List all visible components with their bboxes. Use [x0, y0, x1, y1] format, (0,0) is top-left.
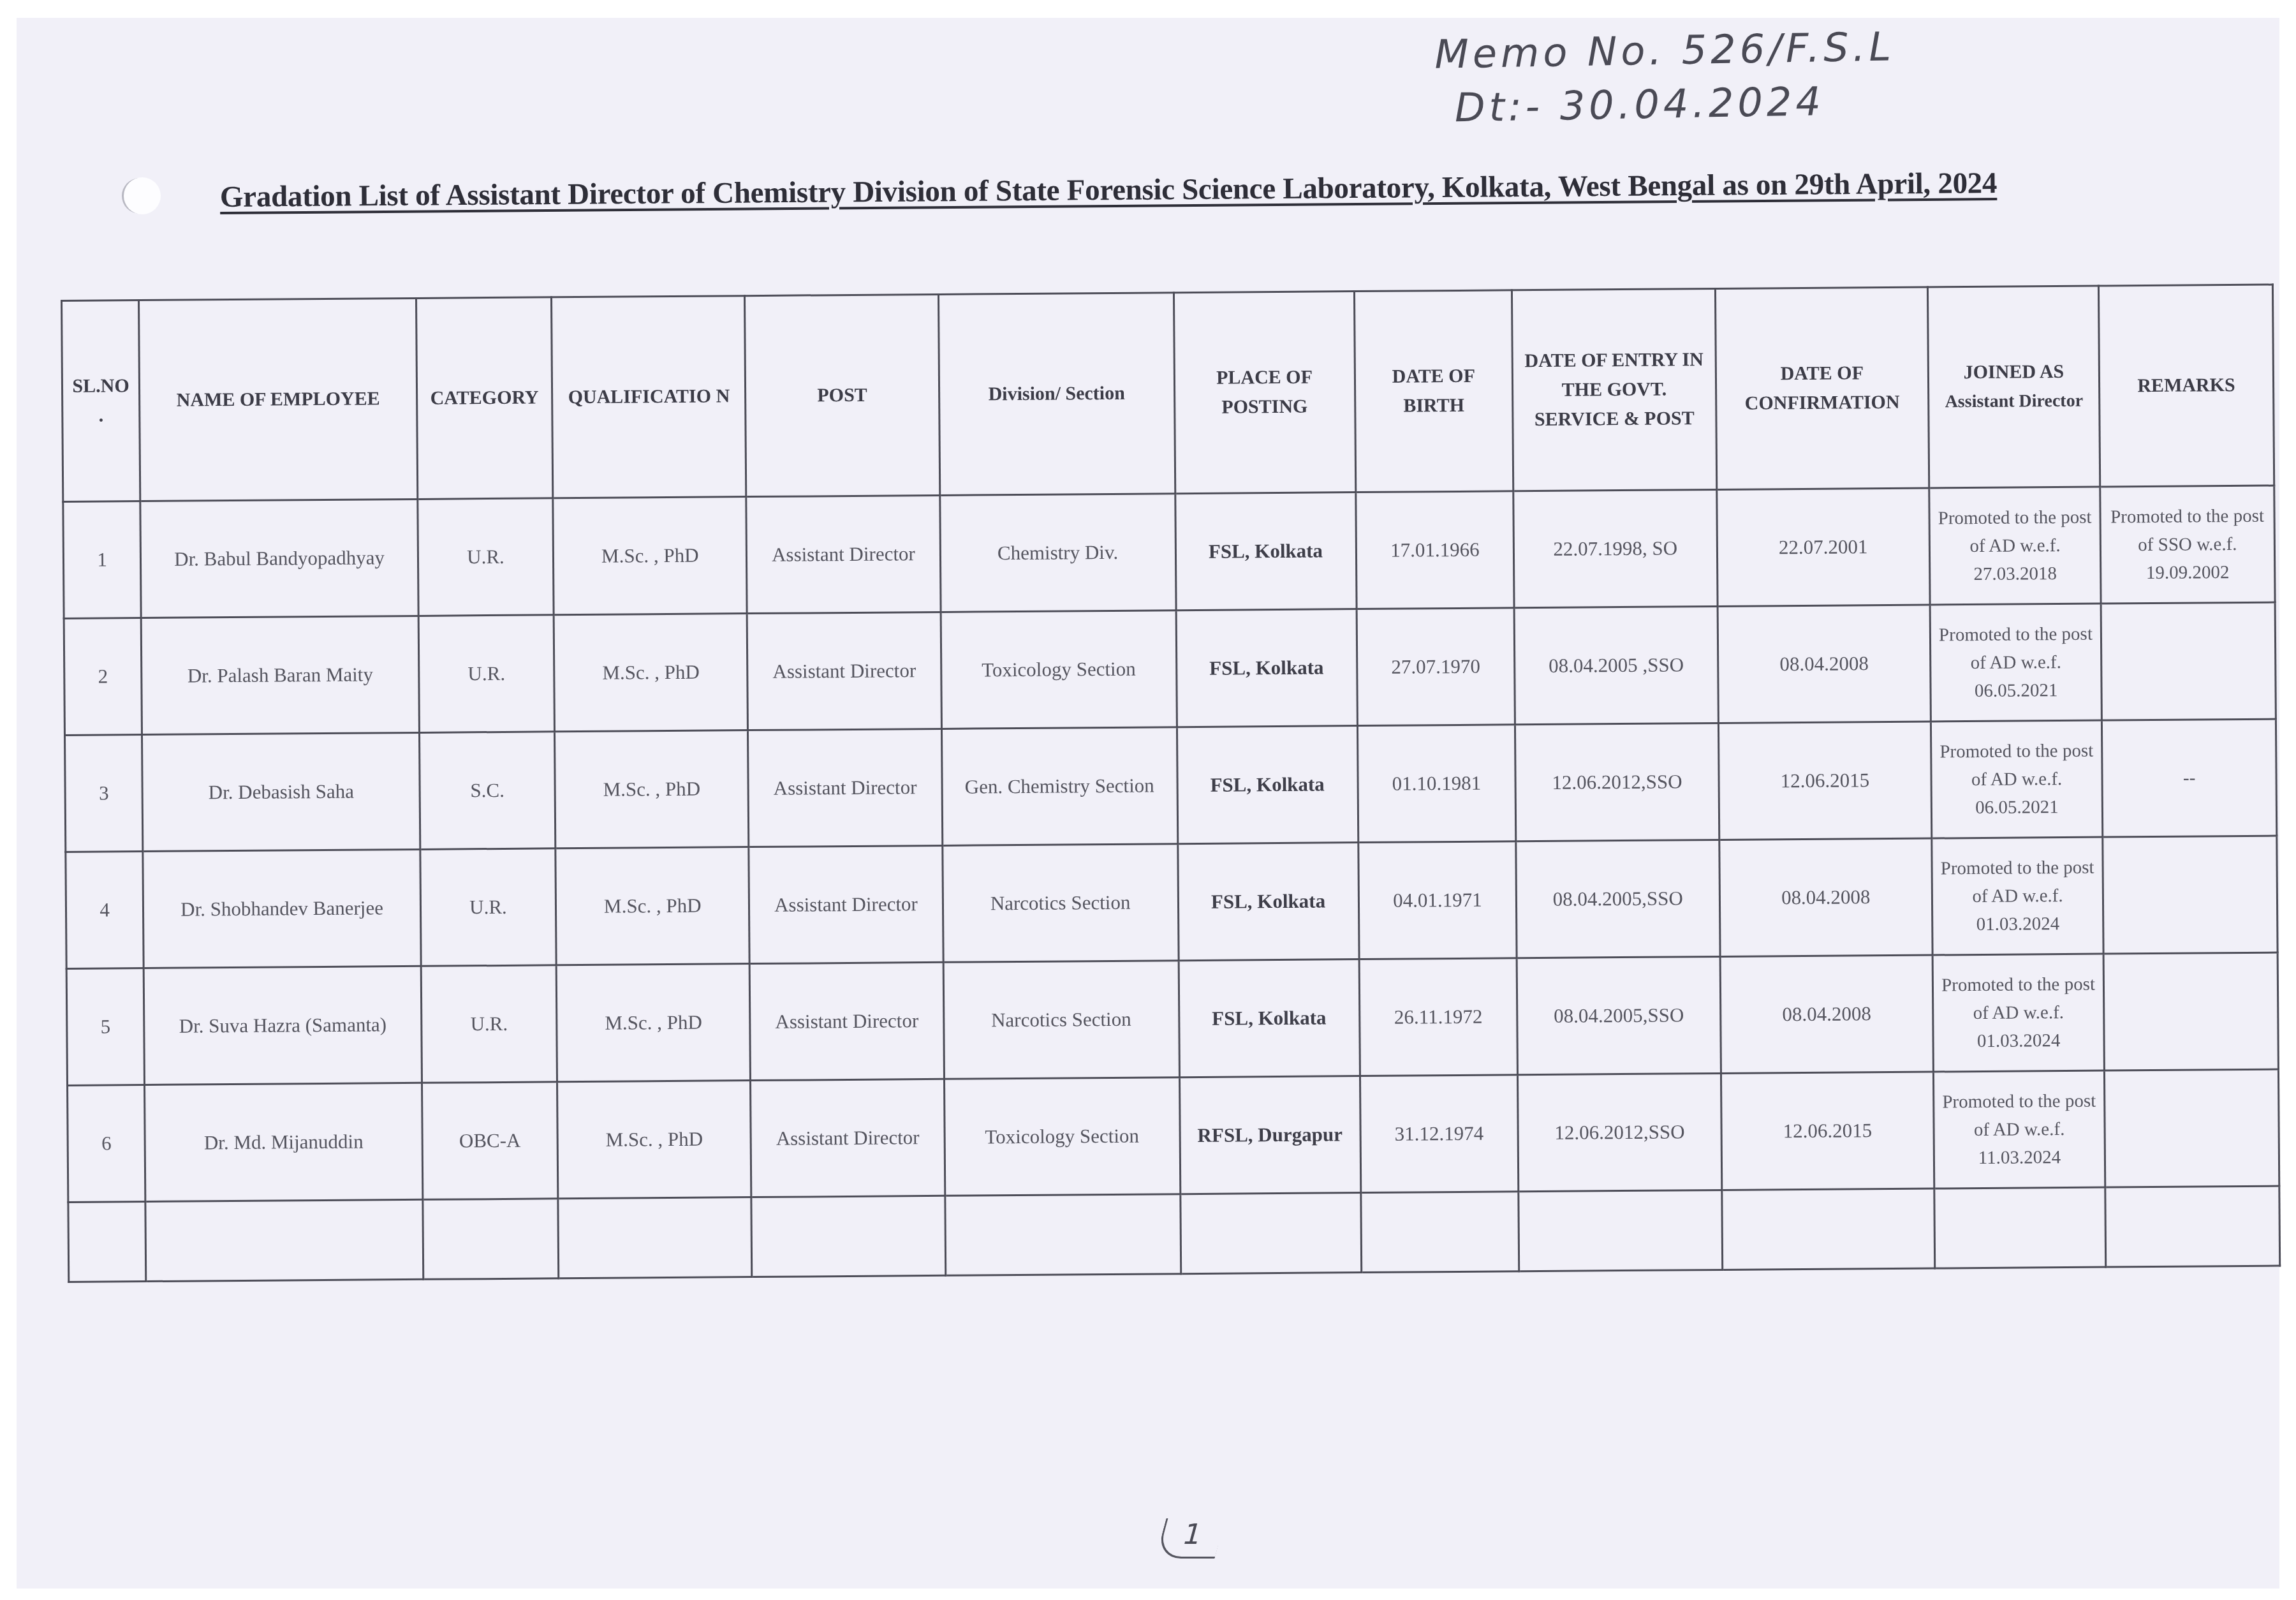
cell-remarks: [2104, 1069, 2279, 1187]
cell-qualification: M.Sc. , PhD: [557, 1081, 752, 1199]
cell-entry: 08.04.2005,SSO: [1517, 956, 1721, 1074]
cell-joined: Promoted to the post of AD w.e.f. 11.03.…: [1934, 1070, 2105, 1189]
empty-cell: [558, 1197, 752, 1278]
cell-joined: Promoted to the post of AD w.e.f. 01.03.…: [1932, 837, 2103, 955]
cell-dob: 17.01.1966: [1355, 491, 1514, 609]
cell-joined: Promoted to the post of AD w.e.f. 01.03.…: [1932, 954, 2104, 1072]
empty-cell: [1519, 1190, 1722, 1271]
header-name: NAME OF EMPLOYEE: [139, 298, 418, 501]
cell-remarks: [2103, 952, 2278, 1070]
gradation-table: SL.NO . NAME OF EMPLOYEE CATEGORY QUALIF…: [61, 284, 2281, 1283]
header-joined-line2: Assistant Director: [1934, 387, 2093, 417]
cell-sl-no: 1: [63, 501, 142, 619]
cell-post: Assistant Director: [748, 729, 943, 847]
cell-confirmation: 12.06.2015: [1718, 722, 1932, 840]
cell-name: Dr. Md. Mijanuddin: [145, 1083, 423, 1201]
cell-division: Gen. Chemistry Section: [941, 727, 1177, 846]
cell-category: S.C.: [419, 732, 556, 850]
cell-confirmation: 08.04.2008: [1718, 605, 1931, 723]
empty-cell: [945, 1194, 1181, 1276]
empty-cell: [68, 1202, 146, 1282]
cell-post: Assistant Director: [751, 1079, 945, 1197]
cell-place: RFSL, Durgapur: [1179, 1076, 1360, 1194]
cell-remarks: [2103, 836, 2278, 954]
cell-remarks: Promoted to the post of SSO w.e.f. 19.09…: [2100, 485, 2275, 604]
cell-place: FSL, Kolkata: [1177, 726, 1358, 844]
cell-entry: 22.07.1998, SO: [1513, 489, 1718, 607]
header-confirmation: DATE OF CONFIRMATION: [1715, 287, 1929, 489]
cell-division: Toxicology Section: [944, 1078, 1180, 1196]
cell-name: Dr. Debasish Saha: [142, 732, 420, 851]
cell-category: OBC-A: [422, 1082, 558, 1200]
cell-dob: 01.10.1981: [1357, 725, 1516, 843]
header-division: Division/ Section: [938, 293, 1175, 496]
cell-post: Assistant Director: [747, 612, 942, 730]
punch-hole: [124, 177, 161, 214]
cell-qualification: M.Sc. , PhD: [553, 497, 747, 615]
cell-dob: 04.01.1971: [1358, 841, 1517, 959]
cell-name: Dr. Suva Hazra (Samanta): [143, 966, 422, 1085]
cell-category: U.R.: [420, 848, 557, 967]
cell-confirmation: 08.04.2008: [1719, 838, 1932, 956]
cell-entry: 08.04.2005,SSO: [1516, 840, 1720, 958]
cell-entry: 12.06.2012,SSO: [1518, 1073, 1722, 1191]
header-sl-no: SL.NO .: [62, 300, 141, 502]
cell-sl-no: 5: [66, 968, 145, 1086]
header-remarks: REMARKS: [2098, 285, 2274, 487]
cell-entry: 08.04.2005 ,SSO: [1514, 606, 1718, 724]
header-post: POST: [745, 294, 940, 496]
cell-name: Dr. Palash Baran Maity: [141, 616, 419, 734]
cell-place: FSL, Kolkata: [1177, 843, 1358, 961]
table-row: 1Dr. Babul BandyopadhyayU.R.M.Sc. , PhDA…: [63, 485, 2275, 618]
memo-date: Dt:- 30.04.2024: [1435, 71, 2010, 135]
cell-category: U.R.: [418, 498, 554, 616]
cell-sl-no: 4: [66, 852, 144, 969]
cell-dob: 26.11.1972: [1359, 958, 1518, 1076]
cell-place: FSL, Kolkata: [1179, 959, 1360, 1078]
cell-sl-no: 2: [64, 618, 142, 736]
header-entry: DATE OF ENTRY IN THE GOVT. SERVICE & POS…: [1512, 288, 1717, 491]
cell-remarks: --: [2101, 719, 2276, 837]
memo-number: Memo No. 526/F.S.L: [1434, 18, 2009, 82]
cell-dob: 31.12.1974: [1360, 1075, 1519, 1193]
table-row: 5Dr. Suva Hazra (Samanta)U.R.M.Sc. , PhD…: [66, 952, 2278, 1085]
empty-cell: [1180, 1193, 1361, 1274]
cell-joined: Promoted to the post of AD w.e.f. 27.03.…: [1929, 487, 2101, 605]
empty-cell: [145, 1199, 423, 1281]
empty-cell: [1360, 1192, 1519, 1273]
cell-confirmation: 08.04.2008: [1720, 955, 1934, 1073]
cell-sl-no: 3: [65, 735, 143, 852]
cell-category: U.R.: [418, 615, 555, 733]
empty-cell: [423, 1199, 559, 1280]
cell-confirmation: 22.07.2001: [1716, 488, 1930, 606]
cell-qualification: M.Sc. , PhD: [555, 730, 749, 848]
page-number: 1: [1156, 1518, 1226, 1559]
cell-category: U.R.: [421, 965, 557, 1083]
empty-cell: [1934, 1187, 2106, 1268]
header-joined: JOINED AS Assistant Director: [1928, 286, 2100, 488]
cell-qualification: M.Sc. , PhD: [556, 847, 750, 965]
cell-place: FSL, Kolkata: [1175, 493, 1356, 611]
cell-division: Chemistry Div.: [939, 494, 1175, 612]
cell-division: Narcotics Section: [942, 844, 1178, 963]
empty-cell: [751, 1196, 945, 1277]
table-row: 6Dr. Md. MijanuddinOBC-AM.Sc. , PhDAssis…: [68, 1069, 2279, 1202]
cell-place: FSL, Kolkata: [1176, 609, 1357, 727]
cell-name: Dr. Babul Bandyopadhyay: [140, 499, 418, 618]
cell-post: Assistant Director: [746, 495, 941, 613]
cell-qualification: M.Sc. , PhD: [554, 614, 748, 732]
cell-remarks: [2101, 602, 2276, 720]
handwritten-memo-number: Memo No. 526/F.S.L Dt:- 30.04.2024: [1434, 18, 2010, 135]
table-row: 2Dr. Palash Baran MaityU.R.M.Sc. , PhDAs…: [64, 602, 2276, 735]
table-row: 4Dr. Shobhandev BanerjeeU.R.M.Sc. , PhDA…: [66, 836, 2278, 968]
header-category: CATEGORY: [416, 297, 553, 500]
table-row-empty: [68, 1186, 2280, 1282]
cell-joined: Promoted to the post of AD w.e.f. 06.05.…: [1931, 720, 2103, 838]
cell-joined: Promoted to the post of AD w.e.f. 06.05.…: [1930, 604, 2101, 722]
cell-qualification: M.Sc. , PhD: [556, 964, 751, 1082]
cell-entry: 12.06.2012,SSO: [1515, 723, 1719, 841]
header-place: PLACE OF POSTING: [1174, 292, 1355, 494]
table-header-row: SL.NO . NAME OF EMPLOYEE CATEGORY QUALIF…: [62, 285, 2274, 501]
cell-post: Assistant Director: [749, 845, 943, 963]
cell-sl-no: 6: [68, 1085, 146, 1203]
cell-confirmation: 12.06.2015: [1721, 1072, 1934, 1190]
cell-dob: 27.07.1970: [1357, 608, 1515, 726]
cell-name: Dr. Shobhandev Banerjee: [143, 849, 421, 968]
cell-post: Assistant Director: [750, 962, 945, 1080]
header-qualification: QUALIFICATIO N: [552, 296, 747, 498]
empty-cell: [2105, 1186, 2280, 1267]
table-row: 3Dr. Debasish SahaS.C.M.Sc. , PhDAssista…: [65, 719, 2277, 852]
cell-division: Toxicology Section: [941, 611, 1177, 729]
cell-division: Narcotics Section: [943, 961, 1179, 1079]
empty-cell: [1721, 1189, 1934, 1270]
header-joined-line1: JOINED AS: [1934, 357, 2093, 388]
header-dob: DATE OF BIRTH: [1354, 290, 1513, 493]
